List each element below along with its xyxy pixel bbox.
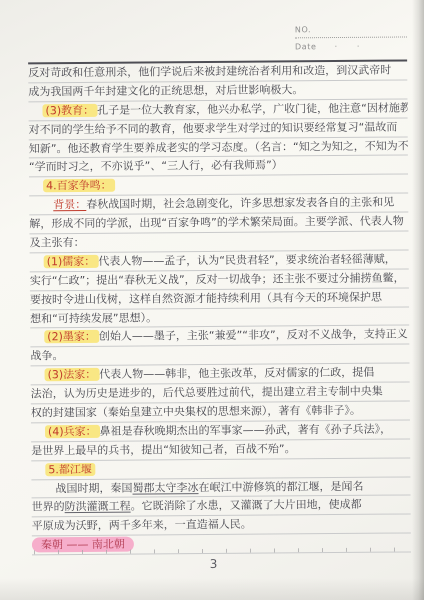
section-heading: 5.都江堰 [45,463,95,476]
note-segment: 实行“仁政”；提出“春秋无义战”，反对一切战争；还主张不要过分捕捞鱼鳖， [30,271,405,287]
note-segment: 代表人物——韩非，他主张改革，反对儒家的仁政，提倡 [99,366,374,381]
section-heading: (4)兵家： [45,425,100,438]
note-segment: 想和“可持续发展”思想）。 [30,311,157,325]
notebook-photo: NO. Date · · 反对苛政和任意刑杀，他们学说后来被封建统治者利用和改造… [0,0,424,600]
note-segment: “学而时习之，不亦说乎”、“三人行，必有我师焉”） [29,159,283,174]
note-segment: 代表人物——孟子，认为“民贵君轻”，要求统治者轻徭薄赋， [98,252,395,267]
date-field: Date · · [295,41,407,51]
note-segment: 战国时期，秦国 [55,481,132,495]
note-segment: 在岷江中游修筑的都江堰，是闻名 [198,479,363,493]
no-label: NO. [295,25,311,34]
note-segment: 世界的 [32,501,65,514]
note-segment: 平原成为沃野，两千多年来，一直造福人民。 [32,518,252,533]
note-segment: 及主张有： [29,236,84,249]
note-segment: 是世界上最早的兵书，提出“知彼知己者，百战不殆”。 [31,442,296,457]
note-segment: 对不同的学生给予不同的教育，他要求学生对学过的知识要经常复习“温故而 [29,120,398,136]
section-heading: 4.百家争鸣： [43,179,115,193]
keyword-underline: 蜀郡太守李冰 [132,481,198,495]
no-field: NO. [295,24,407,38]
page-number: 3 [2,555,424,572]
keyword-underline: 防洪灌溉工程 [65,500,131,514]
date-separator-dots: · · [335,42,361,51]
notebook-sheet: NO. Date · · 反对苛政和任意刑杀，他们学说后来被封建统治者利用和改造… [0,0,424,600]
note-segment: 要按时令进山伐树，这样自然资源才能持续利用（具有今天的环境保护思 [30,290,382,306]
subheading: 背景： [53,198,86,211]
note-segment: 战争。 [30,350,63,363]
note-segment: 孔子是一位大教育家，他兴办私学，广收门徒，他注意“因材施教” [97,101,408,117]
highlighted-phrase: 秦朝 —— 南北朝 [32,537,134,553]
note-line: 秦朝 —— 南北朝 [32,534,411,556]
note-segment: 权的封建国家（秦始皇建立中央集权的思想来源），著有《韩非子》。 [31,404,361,420]
note-segment: 反对苛政和任意刑杀，他们学说后来被封建统治者利用和改造，到汉武帝时 [28,64,391,80]
date-label: Date [295,42,317,51]
note-segment: 创始人——墨子，主张“兼爱”“非攻”，反对不义战争，支持正义 [99,328,408,343]
section-heading: (2)墨家： [44,330,99,343]
note-segment: 法治，认为历史是进步的，后代总要胜过前代，提出建立君主专制中央集 [31,385,383,401]
note-segment: 鼻祖是春秋晚期杰出的军事家——孙武，著有《孙子兵法》， [100,423,392,438]
note-segment: 解，形成不同的学派，出现“百家争鸣”的学术繁荣局面。主要学派、代表人物 [29,215,403,231]
note-segment: 知新”。他还教育学生要养成老实的学习态度。（名言：“知之为知之，不知为不知”、 [29,139,408,155]
section-heading: (3)教育： [42,104,97,117]
note-segment: 成为我国两千年封建文化的正统思想，对后世影响极大。 [28,83,303,98]
note-segment: 。它既消除了水患，又灌溉了大片田地，使成都 [131,498,362,513]
section-heading: (3)法家： [45,368,100,381]
note-segment: 春秋战国时期，社会急剧变化，许多思想家发表各自的主张和见 [86,196,394,211]
note-lines: 反对苛政和任意刑杀，他们学说后来被封建统治者利用和改造，到汉武帝时成为我国两千年… [28,59,411,555]
section-heading: (1)儒家： [44,255,99,268]
header-fields: NO. Date · · [295,24,407,51]
